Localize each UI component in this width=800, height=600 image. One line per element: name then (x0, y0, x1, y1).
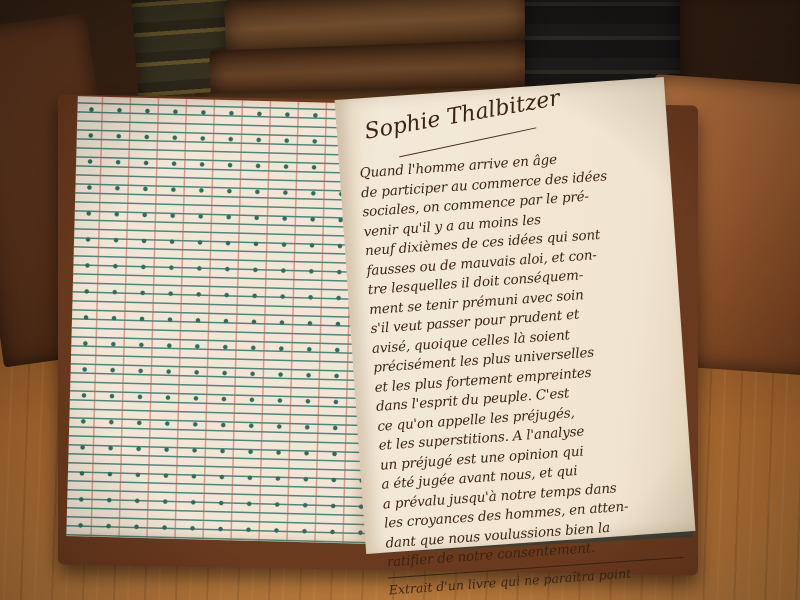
open-book: Sophie Thalbitzer Quand l'homme arrive e… (58, 80, 698, 570)
handwritten-text: Quand l'homme arrive en âge de participe… (359, 144, 683, 573)
handwritten-page: Sophie Thalbitzer Quand l'homme arrive e… (335, 77, 696, 554)
decorative-endpaper (66, 96, 377, 544)
photo-scene: Sophie Thalbitzer Quand l'homme arrive e… (0, 0, 800, 600)
